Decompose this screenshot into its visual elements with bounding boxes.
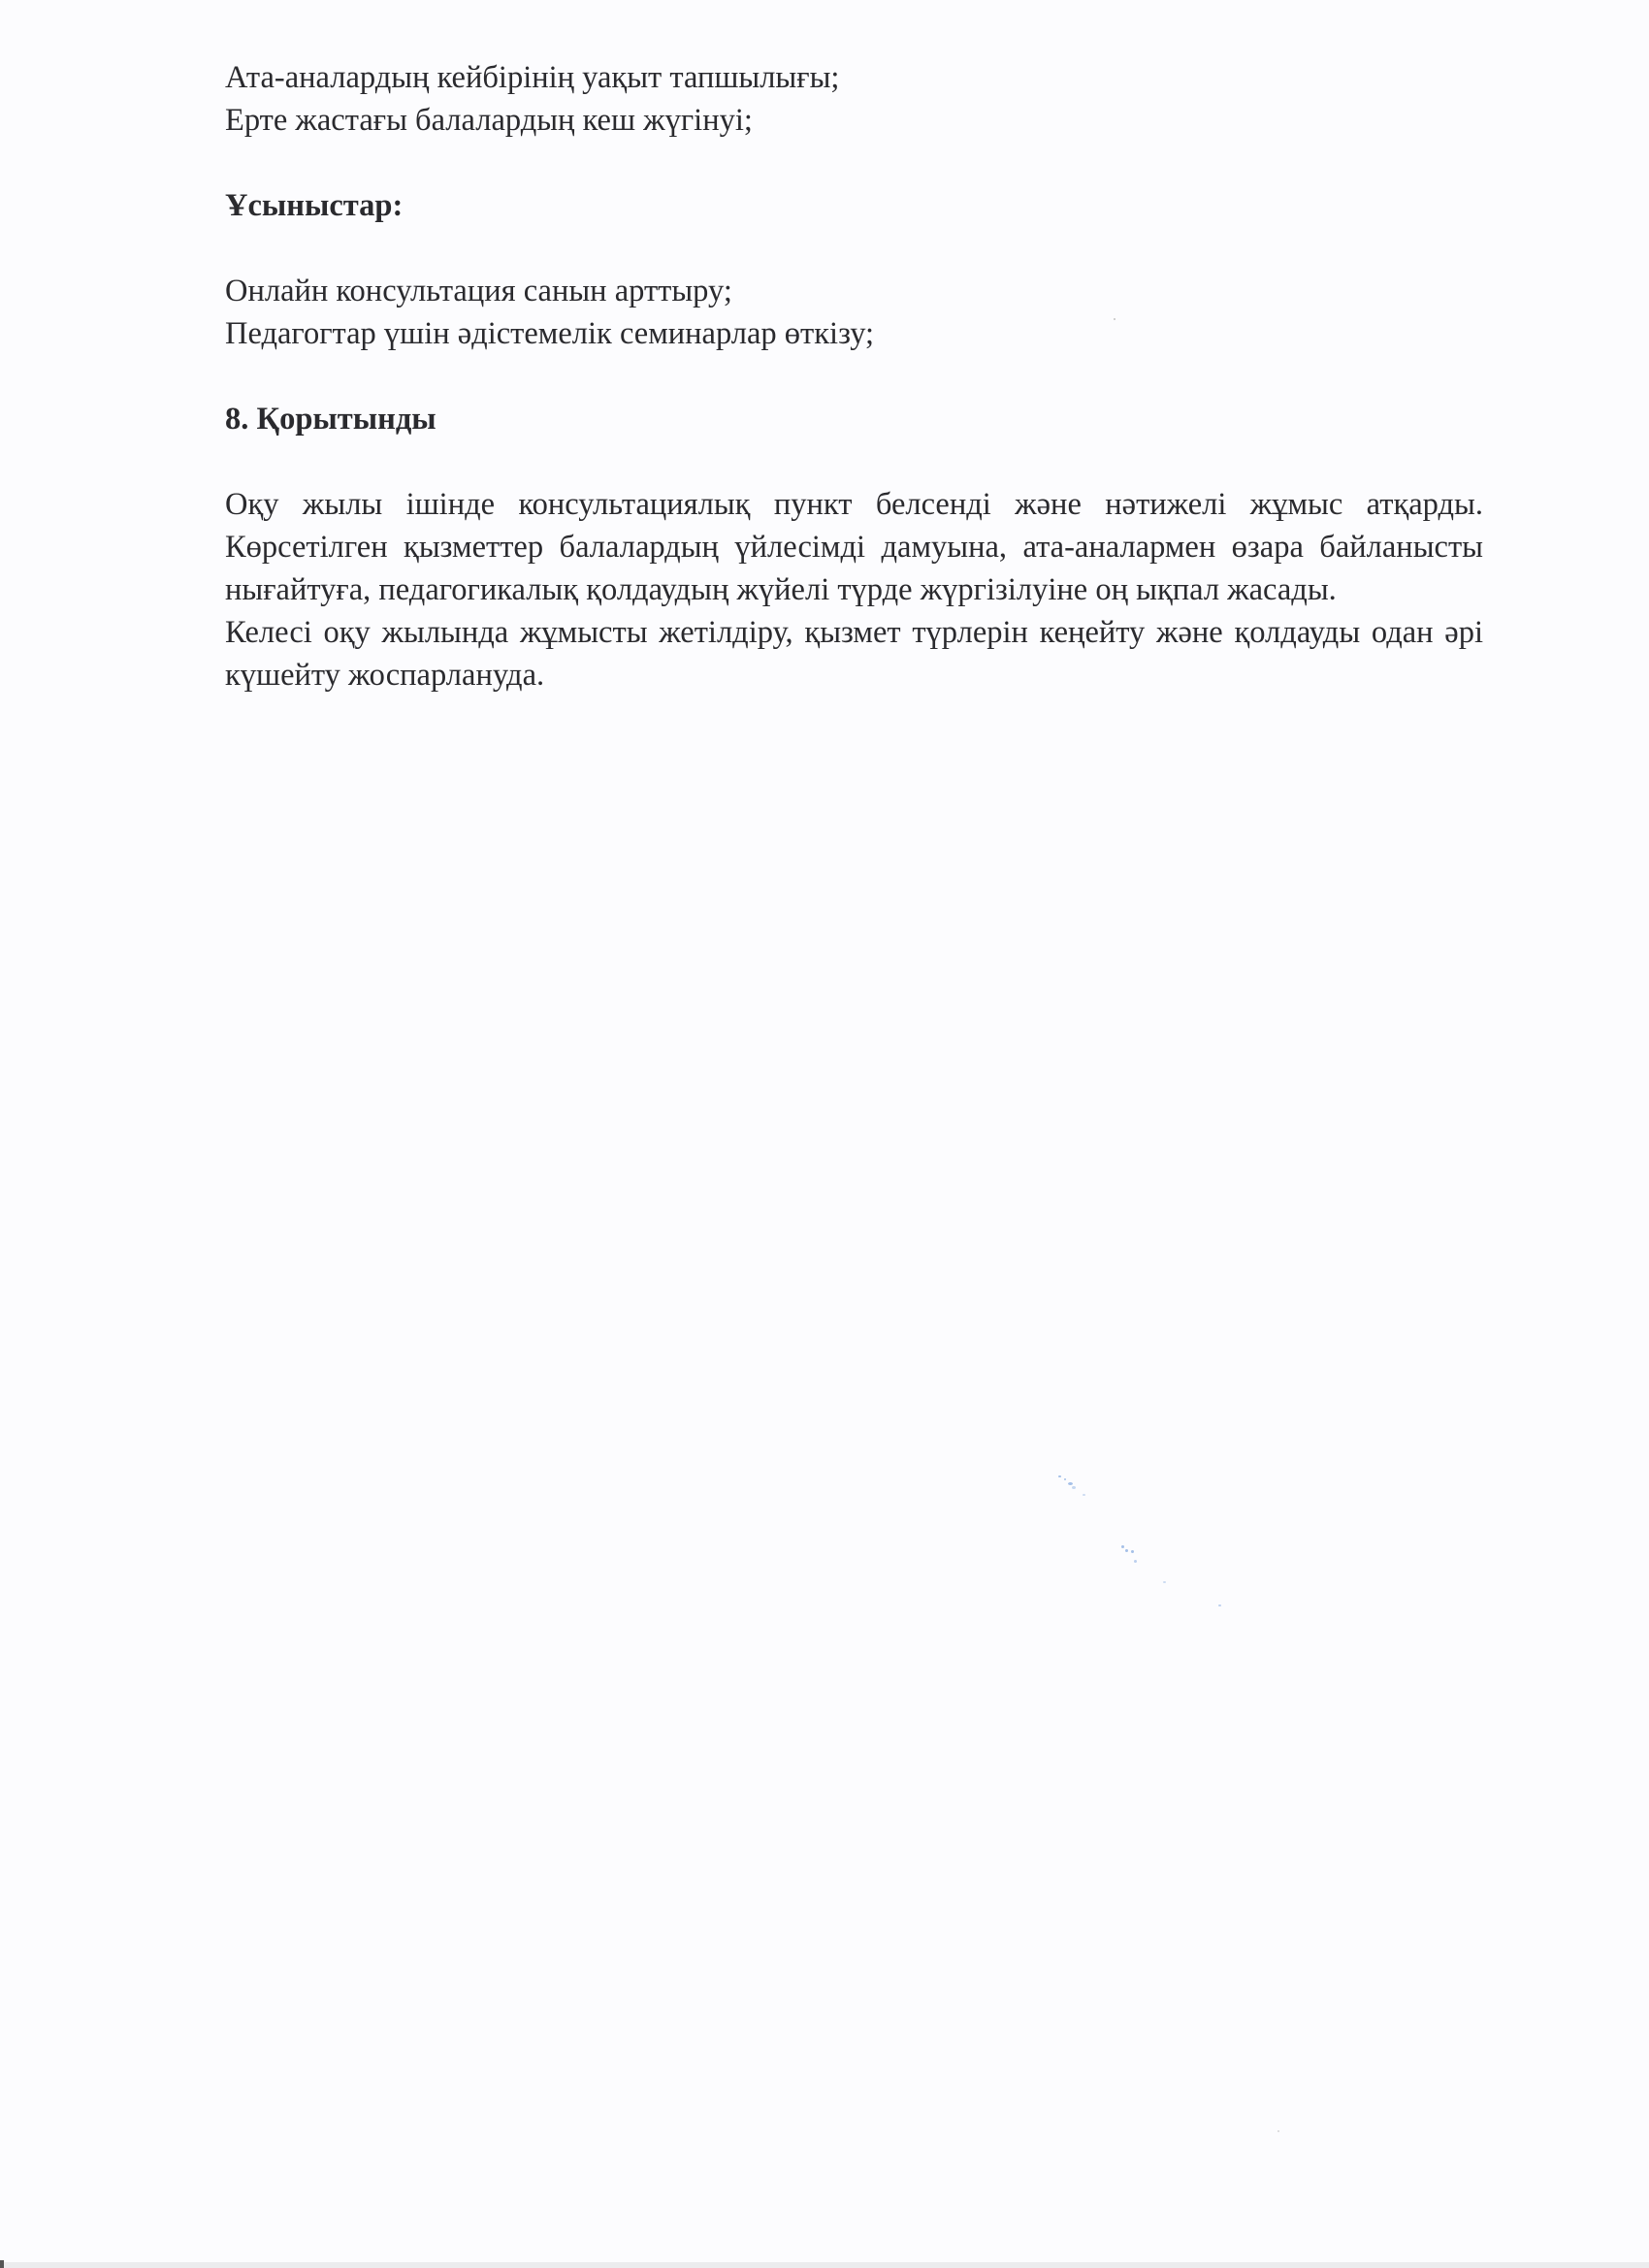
spacer bbox=[225, 355, 1483, 398]
conclusion-body: Оқу жылы ішінде консультациялық пункт бе… bbox=[225, 483, 1483, 697]
spacer bbox=[225, 227, 1483, 270]
issue-line-1: Ата-аналардың кейбірінің уақыт тапшылығы… bbox=[225, 56, 1483, 99]
conclusion-heading: 8. Қорытынды bbox=[225, 398, 1483, 440]
page-content: Ата-аналардың кейбірінің уақыт тапшылығы… bbox=[225, 56, 1483, 697]
spacer bbox=[225, 440, 1483, 483]
issue-line-2: Ерте жастағы балалардың кеш жүгінуі; bbox=[225, 99, 1483, 142]
recommendation-item: Онлайн консультация санын арттыру; bbox=[225, 270, 1483, 312]
conclusion-paragraph-1: Оқу жылы ішінде консультациялық пункт бе… bbox=[225, 483, 1483, 611]
recommendations-heading: Ұсыныстар: bbox=[225, 184, 1483, 227]
recommendation-item: Педагогтар үшін әдістемелік семинарлар ө… bbox=[225, 312, 1483, 355]
conclusion-paragraph-2: Келесі оқу жылында жұмысты жетілдіру, қы… bbox=[225, 611, 1483, 697]
spacer bbox=[225, 142, 1483, 184]
scan-bottom-edge bbox=[0, 2262, 1649, 2268]
scanned-page: Ата-аналардың кейбірінің уақыт тапшылығы… bbox=[0, 0, 1649, 2268]
scan-corner-mark bbox=[0, 2260, 4, 2268]
